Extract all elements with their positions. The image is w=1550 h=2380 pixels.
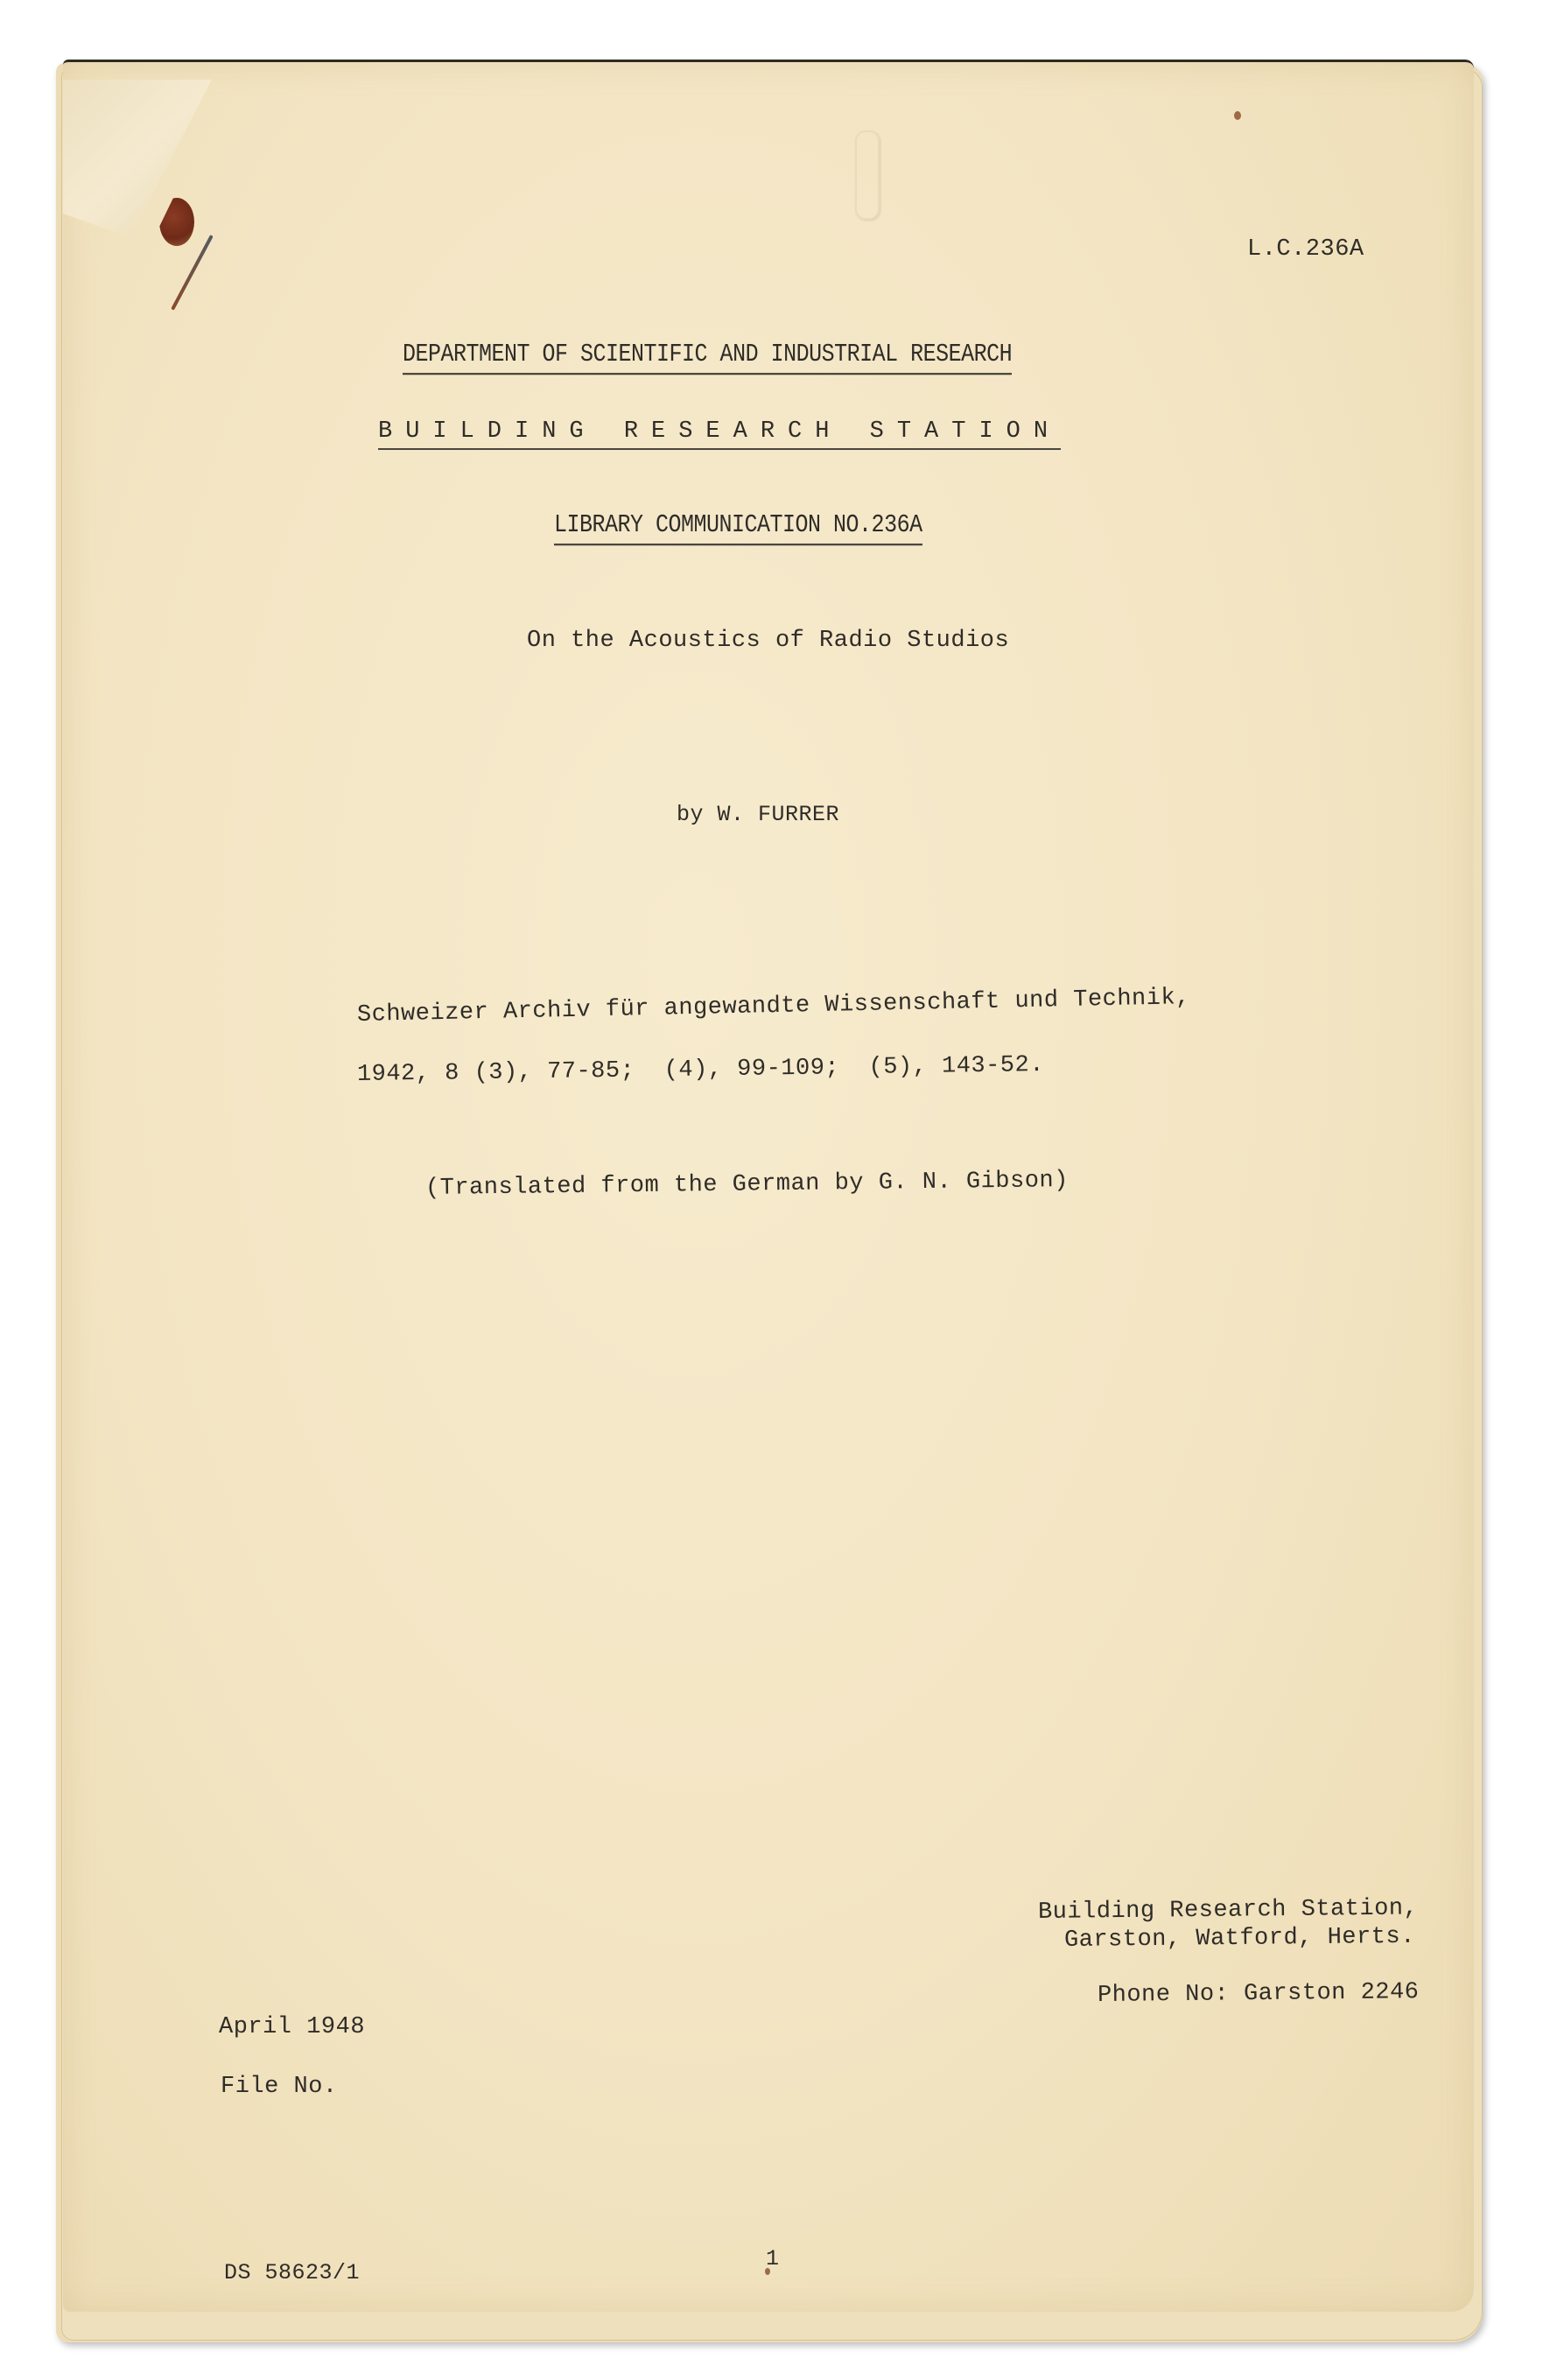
address-line-2: Garston, Watford, Herts. [1064,1924,1415,1954]
file-number: File No. [221,2074,338,2100]
address-line-1: Building Research Station, [1038,1895,1419,1926]
document-title: On the Acoustics of Radio Studios [527,628,1009,654]
communication-number: LIBRARY COMMUNICATION NO.236A [554,510,922,545]
document-date: April 1948 [219,2014,365,2040]
paperclip-impression [855,130,880,220]
station-heading: BUILDING RESEARCH STATION [378,418,1061,450]
ink-spot [1234,111,1241,120]
rust-stain [159,198,194,246]
page-number: 1 [766,2246,780,2271]
phone-number: Phone No: Garston 2246 [1098,1979,1420,2009]
reference-code: L.C.236A [1247,236,1364,263]
ds-code: DS 58623/1 [224,2260,360,2285]
department-heading: DEPARTMENT OF SCIENTIFIC AND INDUSTRIAL … [403,340,1012,375]
staple-icon [171,235,214,311]
author-line: by W. FURRER [677,802,839,827]
